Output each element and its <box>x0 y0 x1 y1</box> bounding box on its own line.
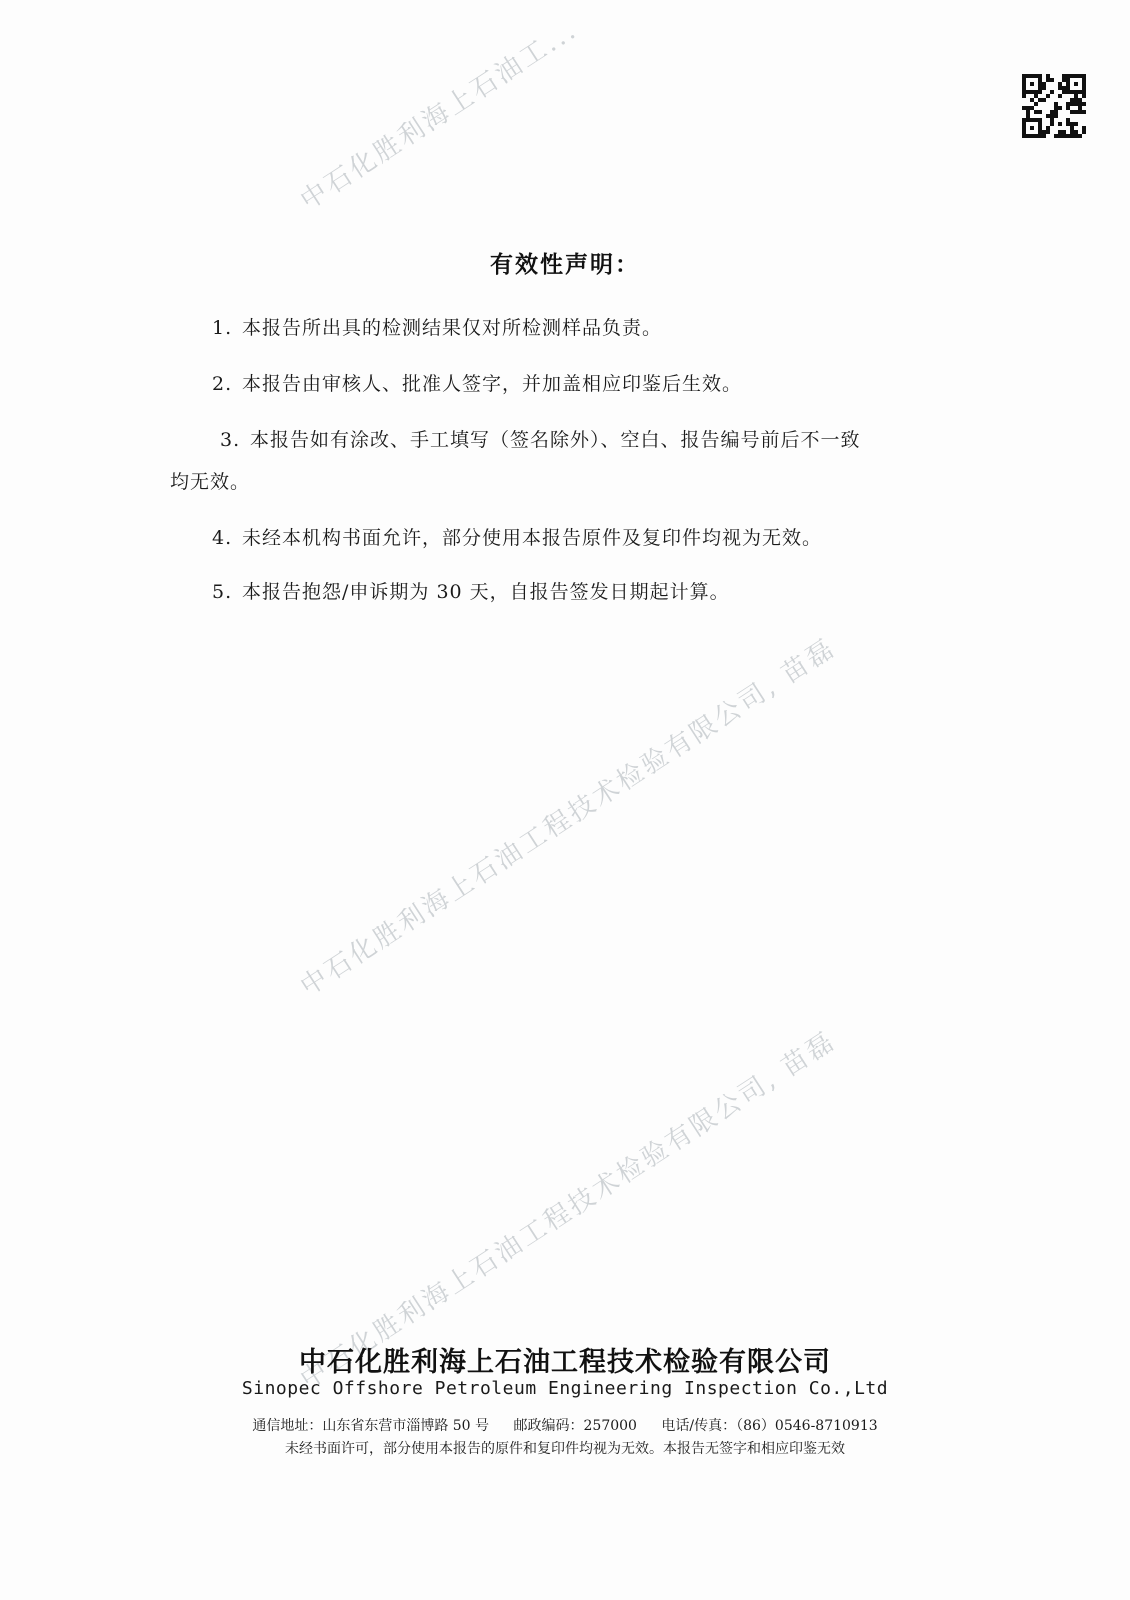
company-name-chinese: 中石化胜利海上石油工程技术检验有限公司 <box>0 1340 1130 1379</box>
address: 通信地址：山东省东营市淄博路 50 号 <box>252 1418 489 1434</box>
item-text: 未经本机构书面允许，部分使用本报告原件及复印件均视为无效。 <box>242 527 822 549</box>
company-name-english: Sinopec Offshore Petroleum Engineering I… <box>0 1378 1130 1399</box>
item-text-continuation: 均无效。 <box>170 462 960 502</box>
contact-info: 通信地址：山东省东营市淄博路 50 号 邮政编码：257000 电话/传真：（8… <box>0 1415 1130 1435</box>
item-text: 本报告所出具的检测结果仅对所检测样品负责。 <box>242 317 662 339</box>
page-title: 有效性声明： <box>0 246 1130 279</box>
document-page: 中石化胜利海上石油工... 中石化胜利海上石油工程技术检验有限公司, 苗磊 中石… <box>0 0 1130 1600</box>
item-text: 本报告由审核人、批准人签字，并加盖相应印鉴后生效。 <box>242 373 742 395</box>
statement-item-2: 2.本报告由审核人、批准人签字，并加盖相应印鉴后生效。 <box>212 364 742 404</box>
item-text: 本报告抱怨/申诉期为 30 天，自报告签发日期起计算。 <box>242 581 730 603</box>
statement-item-4: 4.未经本机构书面允许，部分使用本报告原件及复印件均视为无效。 <box>212 518 822 558</box>
postcode: 邮政编码：257000 <box>514 1418 637 1434</box>
phone-fax: 电话/传真：（86）0546-8710913 <box>661 1418 877 1434</box>
watermark-top: 中石化胜利海上石油工... <box>292 10 584 217</box>
qr-code-icon <box>1022 74 1086 138</box>
item-number: 2. <box>212 364 242 404</box>
statement-item-5: 5.本报告抱怨/申诉期为 30 天，自报告签发日期起计算。 <box>212 572 730 612</box>
item-number: 4. <box>212 518 242 558</box>
statement-item-1: 1.本报告所出具的检测结果仅对所检测样品负责。 <box>212 308 662 348</box>
statement-item-3: 3.本报告如有涂改、手工填写（签名除外）、空白、报告编号前后不一致 均无效。 <box>170 420 960 502</box>
footer-notice: 未经书面许可，部分使用本报告的原件和复印件均视为无效。本报告无签字和相应印鉴无效 <box>0 1438 1130 1458</box>
item-number: 5. <box>212 572 242 612</box>
watermark-middle: 中石化胜利海上石油工程技术检验有限公司, 苗磊 <box>292 628 842 1003</box>
item-text: 本报告如有涂改、手工填写（签名除外）、空白、报告编号前后不一致 <box>250 429 861 451</box>
item-number: 1. <box>212 308 242 348</box>
item-number: 3. <box>220 420 250 460</box>
